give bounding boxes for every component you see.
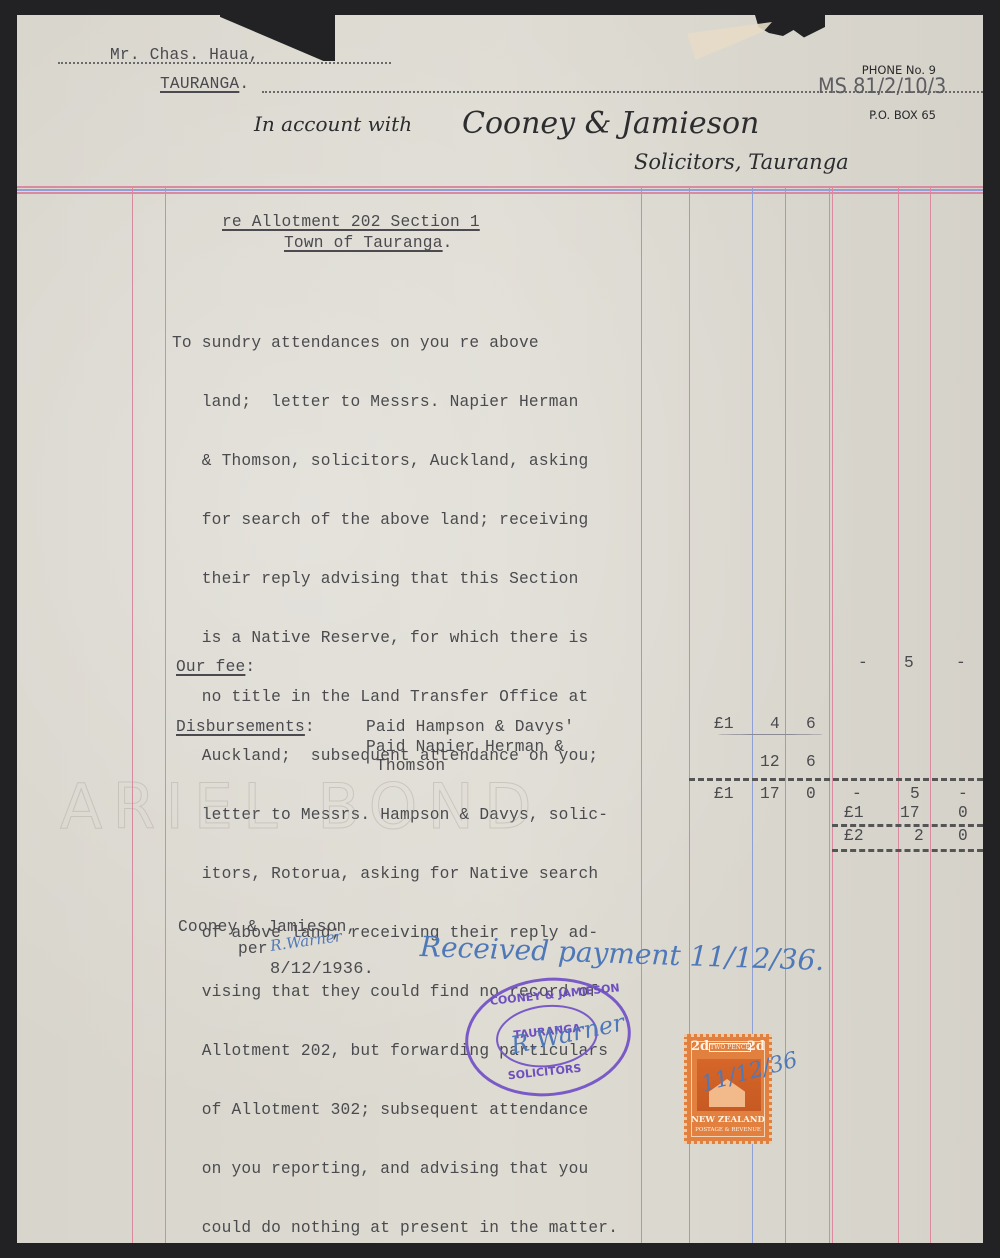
summary-disb-pence: 0: [958, 804, 968, 822]
disbursement-2-pence: 6: [806, 753, 816, 771]
body-line: for search of the above land; receiving: [172, 511, 618, 531]
subtotal-pounds: £1: [714, 785, 734, 803]
signature-date: 8/12/1936.: [270, 960, 374, 979]
body-line: land; letter to Messrs. Napier Herman: [172, 393, 618, 413]
body-line: could do nothing at present in the matte…: [172, 1219, 618, 1239]
fee-pence: -: [956, 654, 966, 672]
subject-line-2-wrap: Town of Tauranga.: [284, 234, 453, 252]
total-shillings: 2: [914, 827, 924, 845]
stamp-purpose: POSTAGE & REVENUE: [687, 1127, 769, 1133]
subject-line-2: Town of Tauranga: [284, 234, 443, 252]
summary-disb-shillings: 17: [900, 804, 920, 822]
summary-disb-pounds: £1: [844, 804, 864, 822]
column-rule-red-3: [930, 188, 931, 1243]
subtotal-shillings: 17: [760, 785, 780, 803]
fee-shillings: 5: [904, 654, 914, 672]
body-line: To sundry attendances on you re above: [172, 334, 618, 354]
header-rule-red-bottom: [17, 192, 983, 194]
column-rule-blue-1: [641, 188, 642, 1243]
body-line: no title in the Land Transfer Office at: [172, 688, 618, 708]
body-line: is a Native Reserve, for which there is: [172, 629, 618, 649]
body-line: itors, Rotorua, asking for Native search: [172, 865, 618, 885]
disbursements-label-wrap: Disbursements:: [176, 718, 315, 736]
disbursement-2-shillings: 12: [760, 753, 780, 771]
column-rule-blue-4: [785, 188, 786, 1243]
firm-name: Cooney & Jamieson: [462, 106, 759, 141]
stamp-bottom-text: SOLICITORS: [507, 1062, 582, 1083]
disbursement-1-shillings: 4: [770, 715, 780, 733]
body-line: & Thomson, solicitors, Auckland, asking: [172, 452, 618, 472]
signature-per: per: [238, 940, 268, 958]
fee-label: Our fee: [176, 658, 245, 676]
stamp-country: NEW ZEALAND: [687, 1115, 769, 1125]
subtotal-pence: 0: [806, 785, 816, 803]
disbursement-item-2-cont: Thomson: [366, 757, 445, 775]
summary-fee-pounds: -: [852, 785, 862, 803]
margin-rule-1: [132, 188, 133, 1243]
stamp-denomination: TWO PENCE: [709, 1043, 751, 1052]
pencil-underline: [718, 734, 823, 735]
summary-fee-shillings: 5: [910, 785, 920, 803]
column-rule-red-1: [829, 188, 830, 1243]
header-rule-red-top: [17, 186, 983, 188]
disbursements-label: Disbursements: [176, 718, 305, 736]
po-box: P.O. BOX 65: [838, 108, 936, 123]
address-dotted-line-1: [58, 62, 391, 64]
body-line: their reply advising that this Section: [172, 570, 618, 590]
subtotal-rule: [689, 778, 983, 781]
addressee-town-wrap: TAURANGA.: [160, 75, 249, 93]
disbursement-1-pence: 6: [806, 715, 816, 733]
disbursement-item-1: Paid Hampson & Davys': [366, 718, 574, 736]
fee-label-wrap: Our fee:: [176, 658, 255, 676]
disbursement-1-pounds: £1: [714, 715, 734, 733]
in-account-with: In account with: [254, 112, 412, 136]
addressee-town: TAURANGA: [160, 75, 239, 93]
column-rule-red-2: [898, 188, 899, 1243]
fee-pounds: -: [858, 654, 868, 672]
subject-line-1: re Allotment 202 Section 1: [222, 213, 480, 231]
disbursement-item-2: Paid Napier Herman &: [366, 738, 564, 756]
total-pounds: £2: [844, 827, 864, 845]
total-pence: 0: [958, 827, 968, 845]
stamp-value-right: 2d: [747, 1039, 765, 1054]
column-rule-red-1b: [832, 188, 833, 1243]
firm-subtitle: Solicitors, Tauranga: [634, 150, 849, 174]
body-line: of Allotment 302; subsequent attendance: [172, 1101, 618, 1121]
total-rule-bottom: [832, 849, 983, 852]
margin-rule-2: [165, 188, 166, 1243]
header-rule-blue: [17, 189, 983, 191]
summary-fee-pence: -: [958, 785, 968, 803]
archive-reference: MS 81/2/10/3: [818, 74, 946, 98]
stamp-value-left: 2d: [691, 1039, 709, 1054]
paper-watermark: ARIEL BOND: [60, 770, 542, 843]
addressee-town-period: .: [239, 75, 249, 93]
body-line: on you reporting, and advising that you: [172, 1160, 618, 1180]
